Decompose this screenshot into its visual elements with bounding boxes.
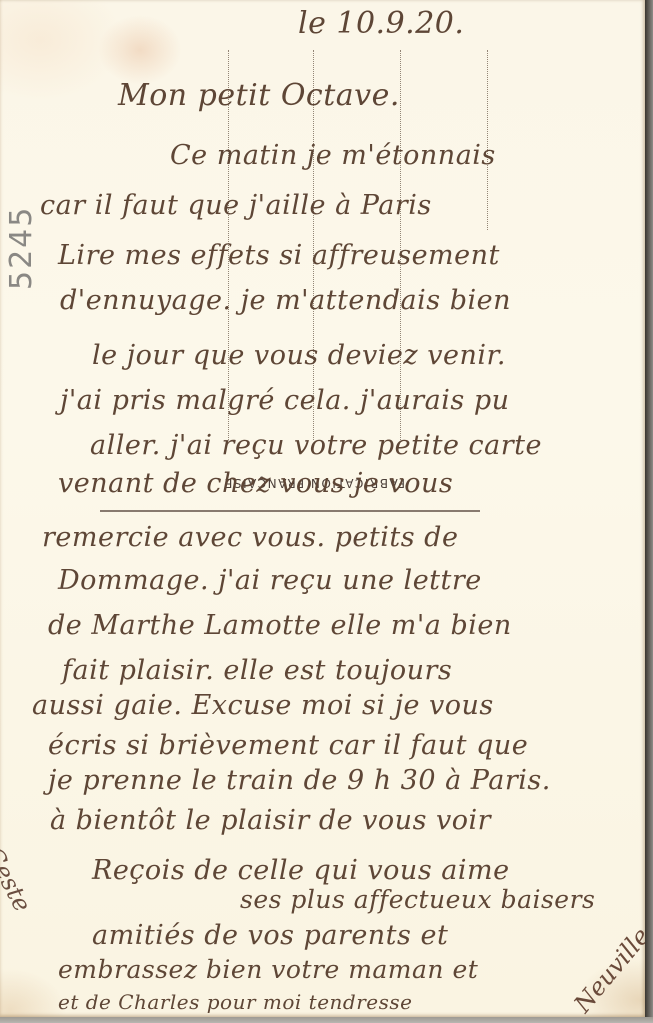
handwritten-line: je prenne le train de 9 h 30 à Paris. <box>48 765 551 796</box>
handwritten-line: Lire mes effets si affreusement <box>58 240 500 271</box>
handwritten-line: remercie avec vous. petits de <box>42 522 458 553</box>
handwritten-line: aller. j'ai reçu votre petite carte <box>90 430 542 461</box>
scan-edge-right <box>645 0 653 1023</box>
handwritten-line: Ce matin je m'étonnais <box>170 140 496 171</box>
handwritten-greeting: Mon petit Octave. <box>118 78 400 113</box>
postcard-back: FABRICATION FRANÇAISE 5245 le 10.9.20. M… <box>0 0 645 1017</box>
signature: Neuville <box>569 922 653 1018</box>
handwritten-line: amitiés de vos parents et <box>92 920 448 951</box>
handwritten-line: venant de chez vous je vous <box>58 468 453 499</box>
pencil-annotation: 5245 <box>4 206 39 290</box>
handwritten-line: j'ai pris malgré cela. j'aurais pu <box>60 385 510 416</box>
margin-note: Geste <box>0 842 37 917</box>
handwritten-line: et de Charles pour moi tendresse <box>58 990 412 1014</box>
handwritten-date: le 10.9.20. <box>298 6 464 41</box>
scan-edge-bottom <box>0 1017 653 1023</box>
handwritten-line: à bientôt le plaisir de vous voir <box>50 805 491 836</box>
printed-divider-rule <box>100 510 480 512</box>
handwritten-line: d'ennuyage. je m'attendais bien <box>60 285 511 316</box>
handwritten-line: Reçois de celle qui vous aime <box>92 855 510 886</box>
handwritten-line: ses plus affectueux baisers <box>240 885 595 914</box>
handwritten-line: le jour que vous deviez venir. <box>92 340 506 371</box>
handwritten-line: embrassez bien votre maman et <box>58 955 478 984</box>
handwritten-line: écris si brièvement car il faut que <box>48 730 528 761</box>
handwritten-line: de Marthe Lamotte elle m'a bien <box>48 610 512 641</box>
handwritten-line: fait plaisir. elle est toujours <box>62 655 452 686</box>
handwritten-line: aussi gaie. Excuse moi si je vous <box>32 690 494 721</box>
handwritten-line: Dommage. j'ai reçu une lettre <box>58 565 482 596</box>
handwritten-line: car il faut que j'aille à Paris <box>40 190 432 221</box>
